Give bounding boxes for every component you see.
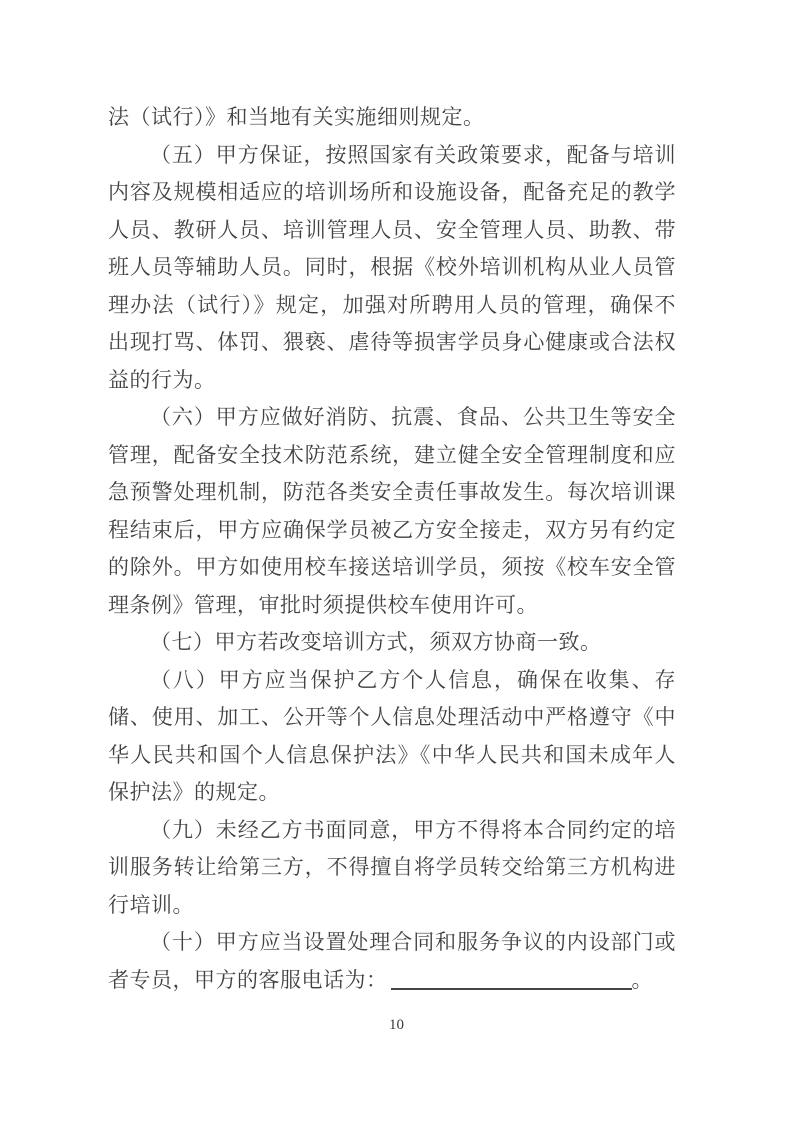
clause-10-period: 。 bbox=[632, 968, 654, 992]
paragraph-clause-9: （九）未经乙方书面同意，甲方不得将本合同约定的培训服务转让给第三方，不得擅自将学… bbox=[108, 812, 676, 925]
clause-10-text: （十）甲方应当设置处理合同和服务争议的内设部门或者专员，甲方的客服电话为： bbox=[108, 930, 676, 992]
document-page: 法（试行）》和当地有关实施细则规定。 （五）甲方保证，按照国家有关政策要求，配备… bbox=[0, 0, 793, 1122]
page-number: 10 bbox=[0, 1017, 793, 1034]
paragraph-clause-10: （十）甲方应当设置处理合同和服务争议的内设部门或者专员，甲方的客服电话为：。 bbox=[108, 924, 676, 999]
paragraph-clause-7: （七）甲方若改变培训方式，须双方协商一致。 bbox=[108, 624, 676, 662]
contract-text-block: 法（试行）》和当地有关实施细则规定。 （五）甲方保证，按照国家有关政策要求，配备… bbox=[108, 99, 676, 999]
paragraph-continuation: 法（试行）》和当地有关实施细则规定。 bbox=[108, 99, 676, 137]
phone-number-blank-line bbox=[391, 988, 632, 990]
paragraph-clause-5: （五）甲方保证，按照国家有关政策要求，配备与培训内容及规模相适应的培训场所和设施… bbox=[108, 137, 676, 400]
paragraph-clause-8: （八）甲方应当保护乙方个人信息，确保在收集、存储、使用、加工、公开等个人信息处理… bbox=[108, 662, 676, 812]
paragraph-clause-6: （六）甲方应做好消防、抗震、食品、公共卫生等安全管理，配备安全技术防范系统，建立… bbox=[108, 399, 676, 624]
